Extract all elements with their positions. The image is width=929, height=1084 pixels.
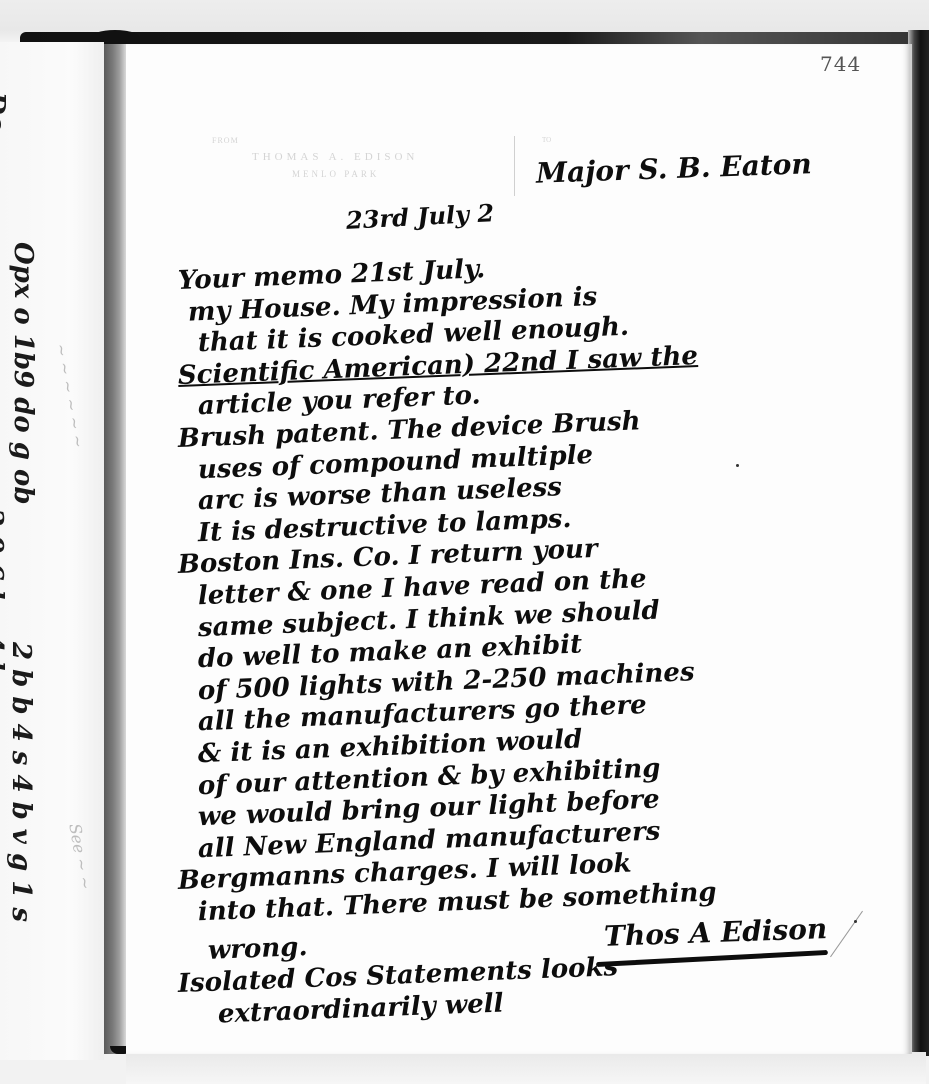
page-bottom-edge xyxy=(126,1052,926,1084)
facing-page-script-4: 2 b b 4 s 4 b v g 1 s xyxy=(8,642,34,922)
ink-speck xyxy=(736,464,739,467)
letter-date: 23rd July 2 xyxy=(345,198,494,235)
ink-speck xyxy=(854,920,857,923)
facing-page-script-1: Do xyxy=(0,92,8,132)
book-gutter xyxy=(104,44,126,1054)
letterhead-to-label: TO xyxy=(542,136,551,144)
letterhead-from-label: FROM xyxy=(212,136,512,145)
book-cover-edge xyxy=(20,32,929,44)
facing-page-offset-ink: See ~ ~ xyxy=(65,822,95,891)
facing-page-offset-ink: ~ ~ ~ ~ ~ ~ xyxy=(51,342,88,450)
letterhead-name: THOMAS A. EDISON xyxy=(252,151,512,163)
facing-page-left: Do Op​x o 1b9 do g ob o 2 9 6 ba 4 b 2 b… xyxy=(0,42,104,1060)
printed-letterhead: FROM THOMAS A. EDISON MENLO PARK TO xyxy=(212,136,512,179)
letterhead-place: MENLO PARK xyxy=(292,169,512,179)
facing-page-script-2: Op​x o 1b9 do g ob xyxy=(10,242,36,505)
page-number: 744 xyxy=(820,52,861,76)
letter-page: 744 FROM THOMAS A. EDISON MENLO PARK TO … xyxy=(126,44,912,1054)
recipient-name: Major S. B. Eaton xyxy=(536,147,813,190)
letterhead-divider xyxy=(514,136,515,196)
